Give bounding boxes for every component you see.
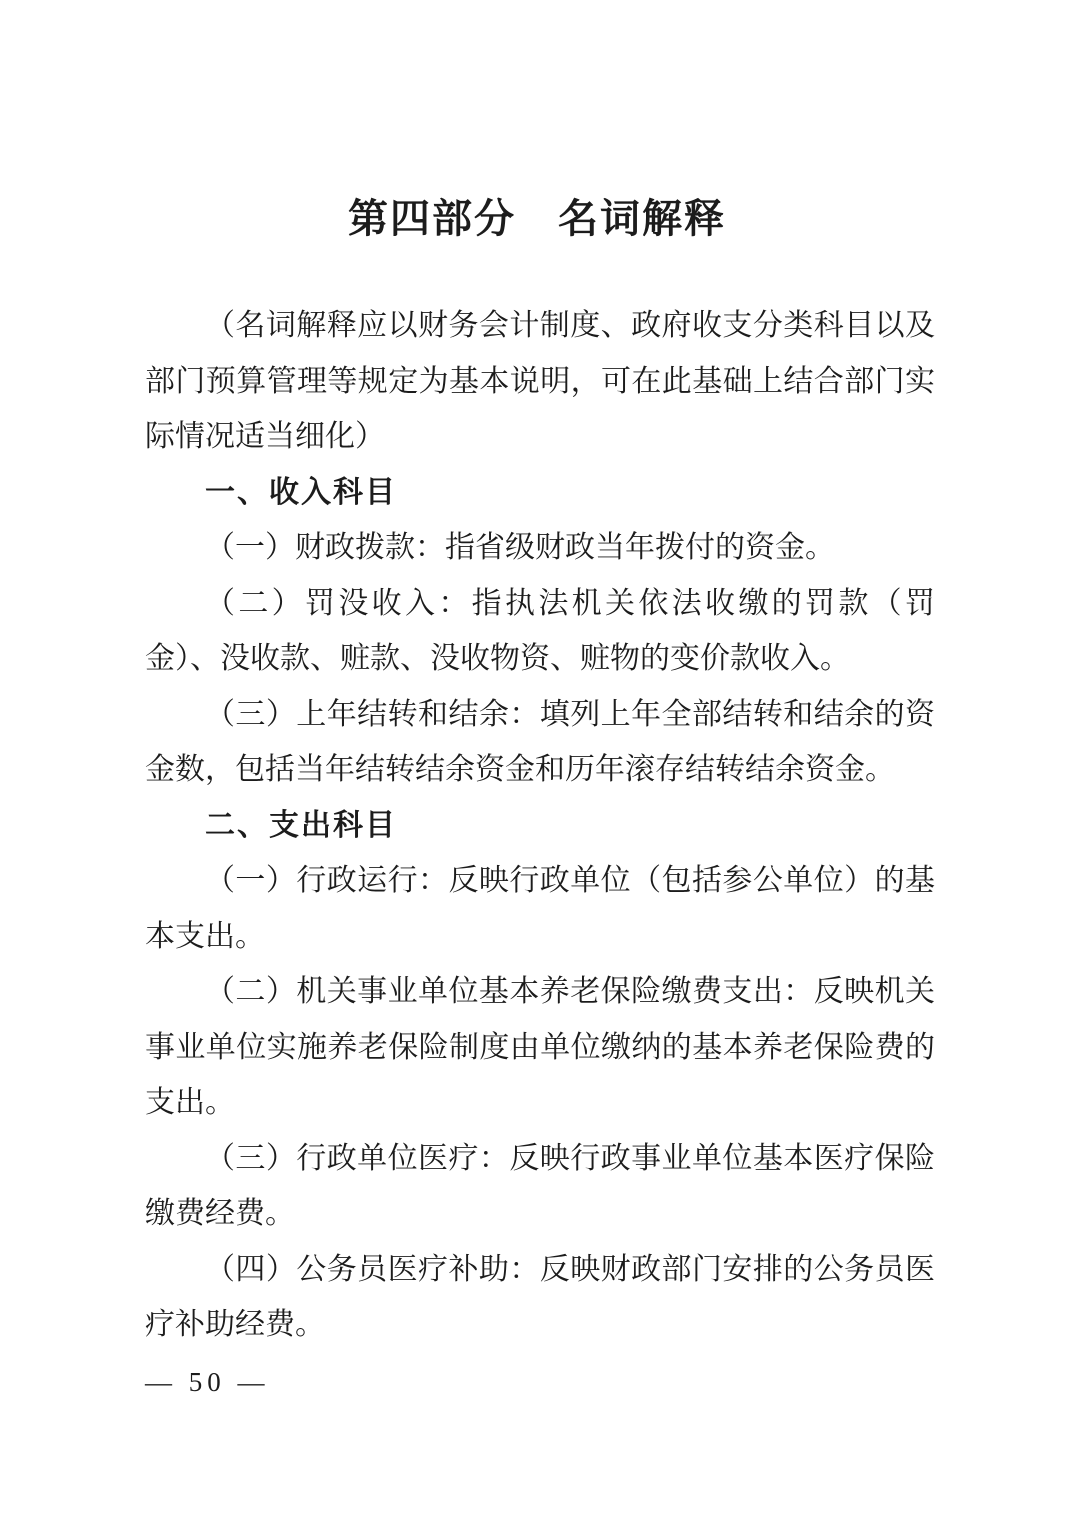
section-heading-income: 一、收入科目	[145, 465, 935, 521]
page-number: — 50 —	[145, 1366, 270, 1398]
income-item-1: （一）财政拨款：指省级财政当年拨付的资金。	[145, 520, 935, 576]
income-item-2: （二）罚没收入：指执法机关依法收缴的罚款（罚金）、没收款、赃款、没收物资、赃物的…	[145, 576, 935, 687]
expenditure-item-4: （四）公务员医疗补助：反映财政部门安排的公务员医疗补助经费。	[145, 1242, 935, 1353]
income-item-3: （三）上年结转和结余：填列上年全部结转和结余的资金数，包括当年结转结余资金和历年…	[145, 687, 935, 798]
intro-paragraph: （名词解释应以财务会计制度、政府收支分类科目以及部门预算管理等规定为基本说明，可…	[145, 298, 935, 465]
expenditure-item-3: （三）行政单位医疗：反映行政事业单位基本医疗保险缴费经费。	[145, 1131, 935, 1242]
expenditure-item-1: （一）行政运行：反映行政单位（包括参公单位）的基本支出。	[145, 853, 935, 964]
page-title: 第四部分 名词解释	[0, 194, 1074, 244]
expenditure-item-2: （二）机关事业单位基本养老保险缴费支出：反映机关事业单位实施养老保险制度由单位缴…	[145, 964, 935, 1131]
document-page: 第四部分 名词解释 （名词解释应以财务会计制度、政府收支分类科目以及部门预算管理…	[0, 0, 1074, 1520]
section-heading-expenditure: 二、支出科目	[145, 798, 935, 854]
document-body: （名词解释应以财务会计制度、政府收支分类科目以及部门预算管理等规定为基本说明，可…	[145, 298, 935, 1353]
